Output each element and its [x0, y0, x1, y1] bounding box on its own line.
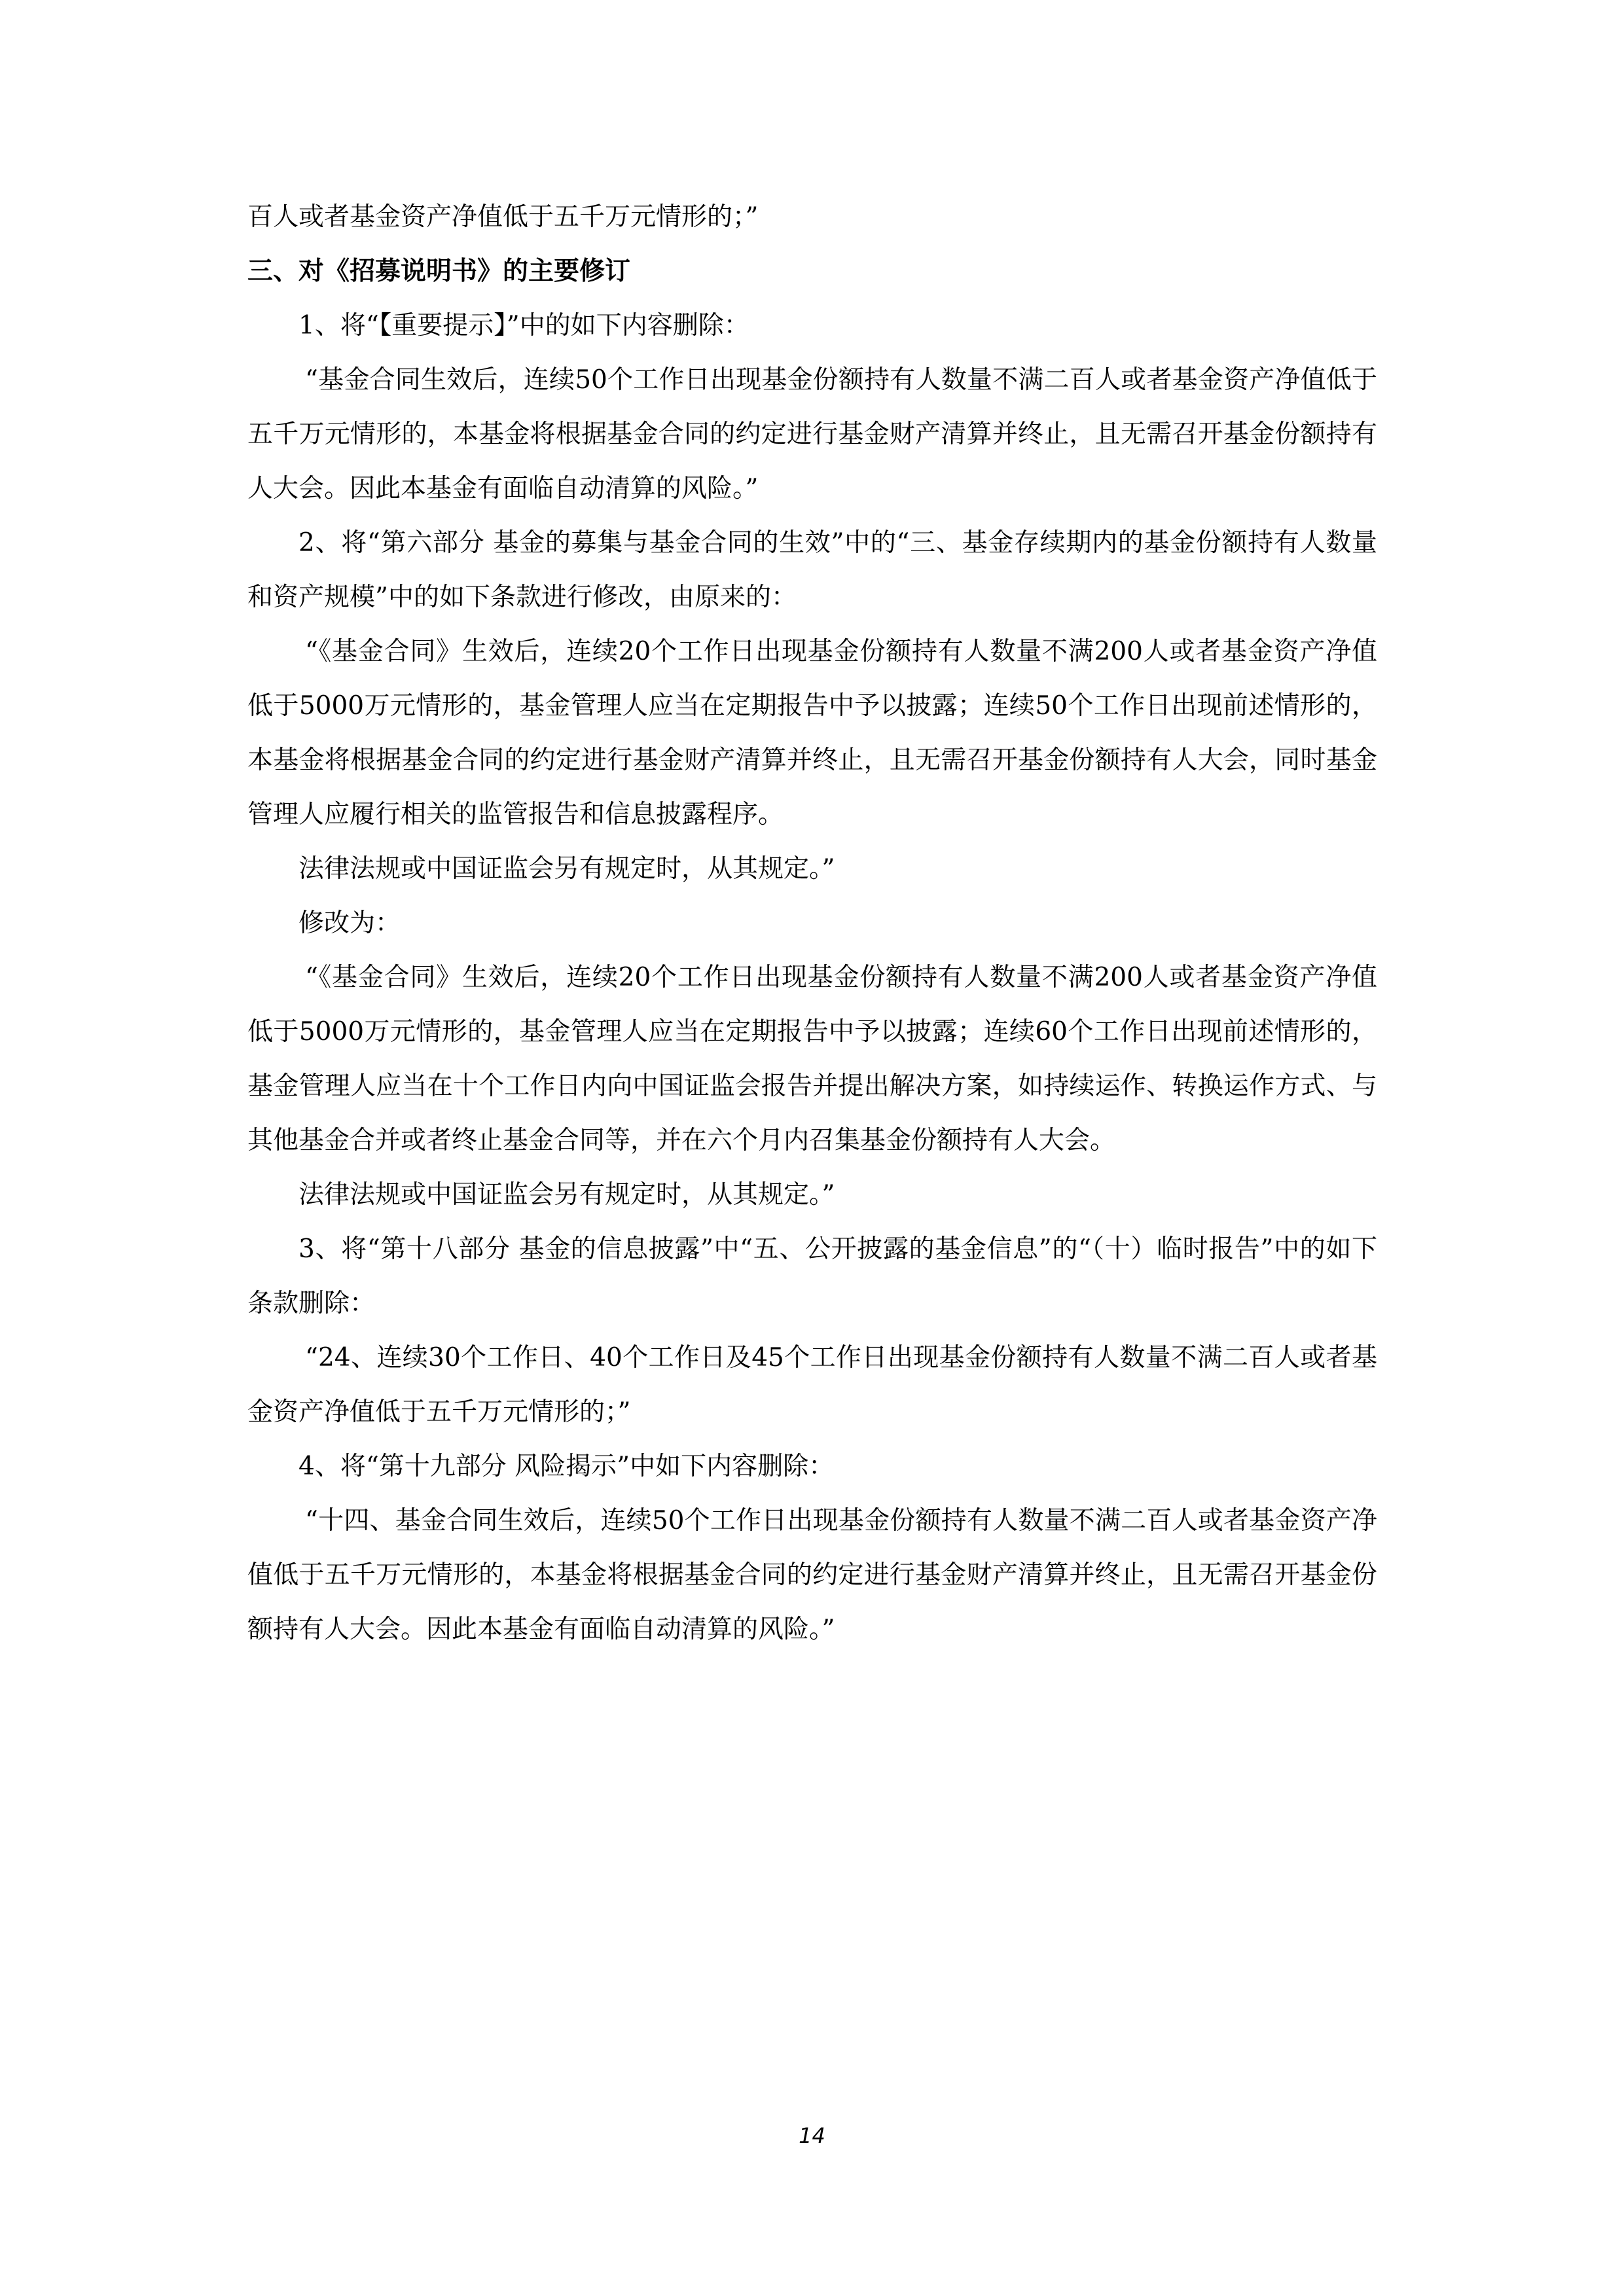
item-1-quote: “基金合同生效后，连续50个工作日出现基金份额持有人数量不满二百人或者基金资产净… [247, 353, 1377, 516]
item-3-intro: 3、将“第十八部分 基金的信息披露”中“五、公开披露的基金信息”的“（十）临时报… [247, 1222, 1377, 1331]
item-2-original-quote: “《基金合同》生效后，连续20个工作日出现基金份额持有人数量不满200人或者基金… [247, 624, 1377, 842]
item-2-original-law: 法律法规或中国证监会另有规定时，从其规定。” [247, 842, 1377, 896]
document-body: 百人或者基金资产净值低于五千万元情形的；” 三、对《招募说明书》的主要修订 1、… [247, 190, 1377, 1657]
item-2-modify-label: 修改为： [247, 896, 1377, 950]
item-2-revised-quote: “《基金合同》生效后，连续20个工作日出现基金份额持有人数量不满200人或者基金… [247, 950, 1377, 1168]
continuation-text: 百人或者基金资产净值低于五千万元情形的；” [247, 190, 1377, 244]
item-3-quote: “24、连续30个工作日、40个工作日及45个工作日出现基金份额持有人数量不满二… [247, 1331, 1377, 1439]
item-2-intro: 2、将“第六部分 基金的募集与基金合同的生效”中的“三、基金存续期内的基金份额持… [247, 516, 1377, 624]
item-1-intro: 1、将“【重要提示】”中的如下内容删除： [247, 298, 1377, 353]
item-4-intro: 4、将“第十九部分 风险揭示”中如下内容删除： [247, 1439, 1377, 1494]
item-4-quote: “十四、基金合同生效后，连续50个工作日出现基金份额持有人数量不满二百人或者基金… [247, 1494, 1377, 1657]
page-number: 14 [0, 2123, 1624, 2149]
section-heading: 三、对《招募说明书》的主要修订 [247, 244, 1377, 298]
item-2-revised-law: 法律法规或中国证监会另有规定时，从其规定。” [247, 1168, 1377, 1222]
